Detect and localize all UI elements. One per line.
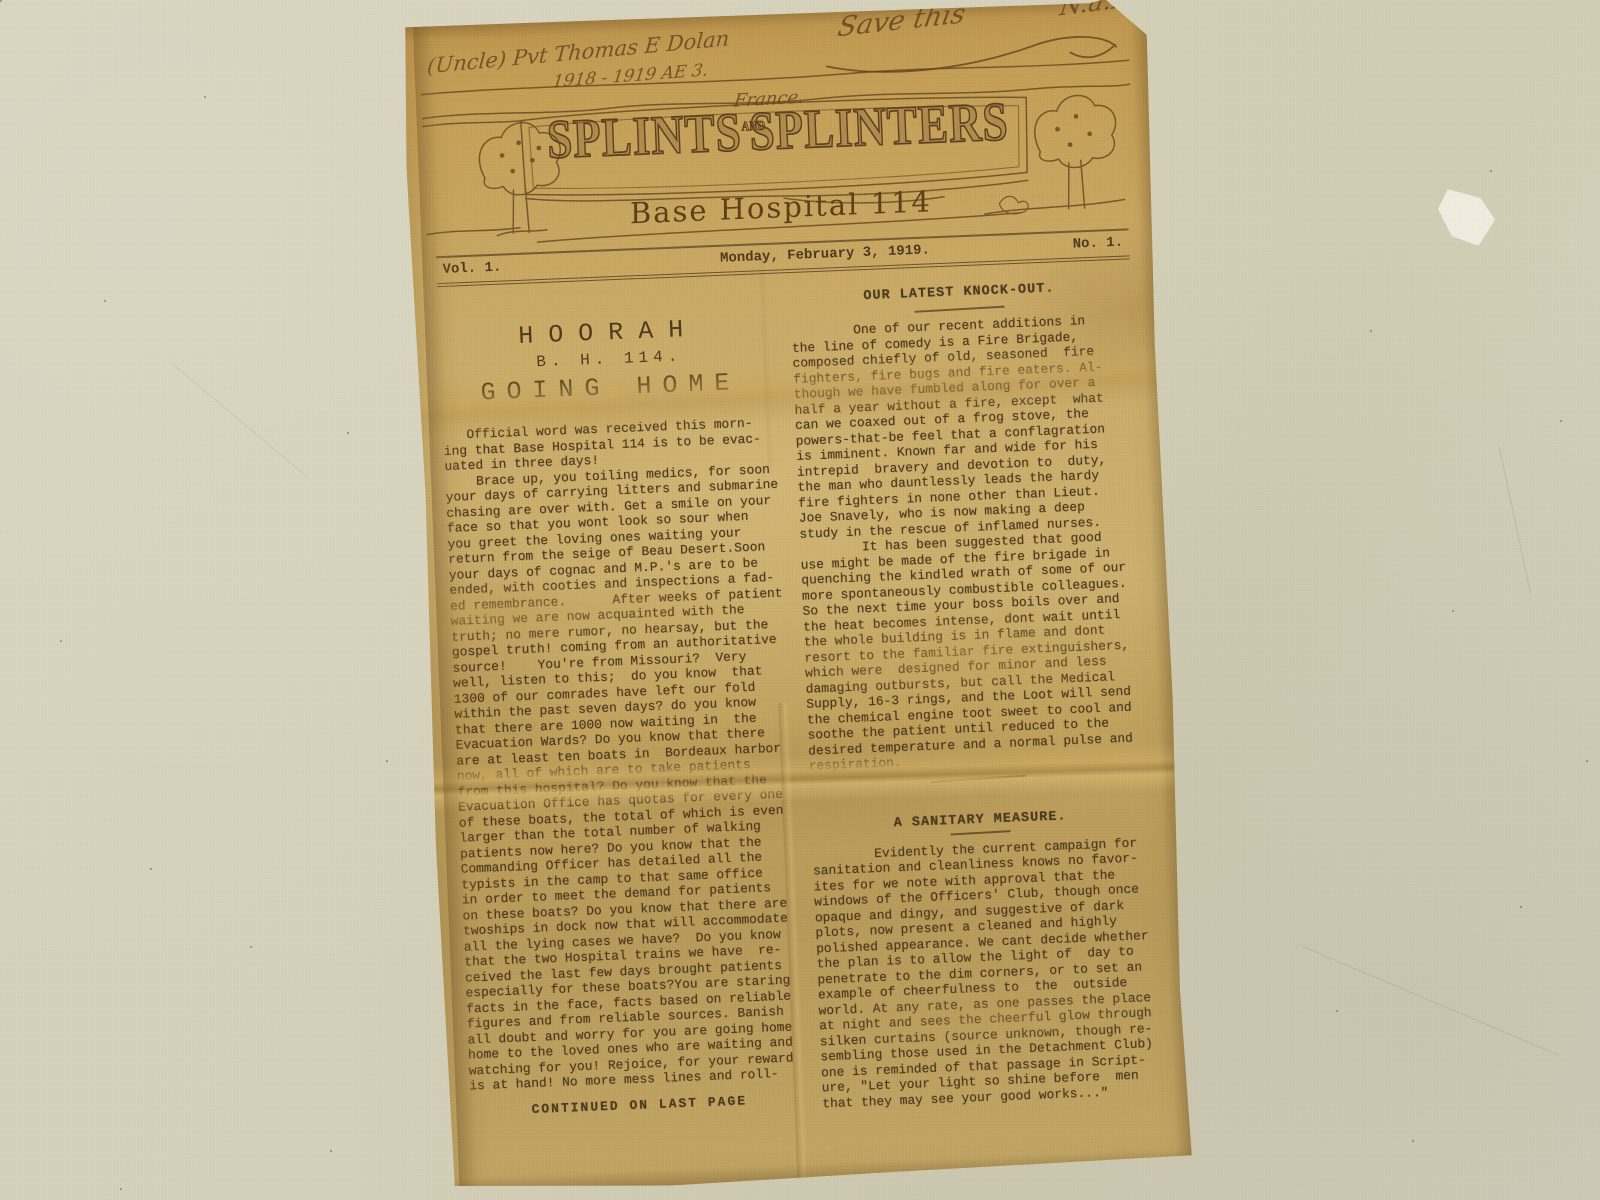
volume-label: Vol. 1. [442,260,501,278]
section-heading-knockout: OUR LATEST KNOCK-OUT. [790,277,1128,309]
left-column-body: Official word was received this morn- in… [443,414,807,1094]
photo-background: (Uncle) Pvt Thomas E Dolan 1918 - 1919 A… [0,0,1600,1200]
paper-scrap [1434,188,1499,248]
background-crease [1301,945,1559,1055]
knockout-body: One of our recent additions in the line … [791,311,1147,774]
title-word-splints: SPLINTS [546,101,743,170]
newsletter-page: (Uncle) Pvt Thomas E Dolan 1918 - 1919 A… [401,0,1192,1194]
heading-rule [915,306,1005,313]
background-crease [1499,447,1531,594]
right-column: OUR LATEST KNOCK-OUT. One of our recent … [790,273,1161,1111]
sanitary-body: Evidently the current campaign for sanit… [812,835,1160,1112]
article-columns: HOORAH B. H. 114. GOING HOME Official wo… [412,272,1190,1126]
heading-rule [951,830,1011,835]
continued-note: CONTINUED ON LAST PAGE [470,1090,808,1119]
section-separator-rule [931,774,1026,782]
dust-specks [0,0,2,2]
masthead: SPLINTSANDSPLINTERS Base Hospital 114 [429,57,1128,253]
bottom-edge-shadow [447,1149,1192,1195]
background-crease [171,362,310,478]
left-column: HOORAH B. H. 114. GOING HOME Official wo… [438,288,809,1126]
handwriting-france: France. [732,87,805,112]
headline-hoorah: HOORAH B. H. 114. GOING HOME [439,312,780,412]
handwriting-initials: N.a.K. [1058,0,1140,21]
